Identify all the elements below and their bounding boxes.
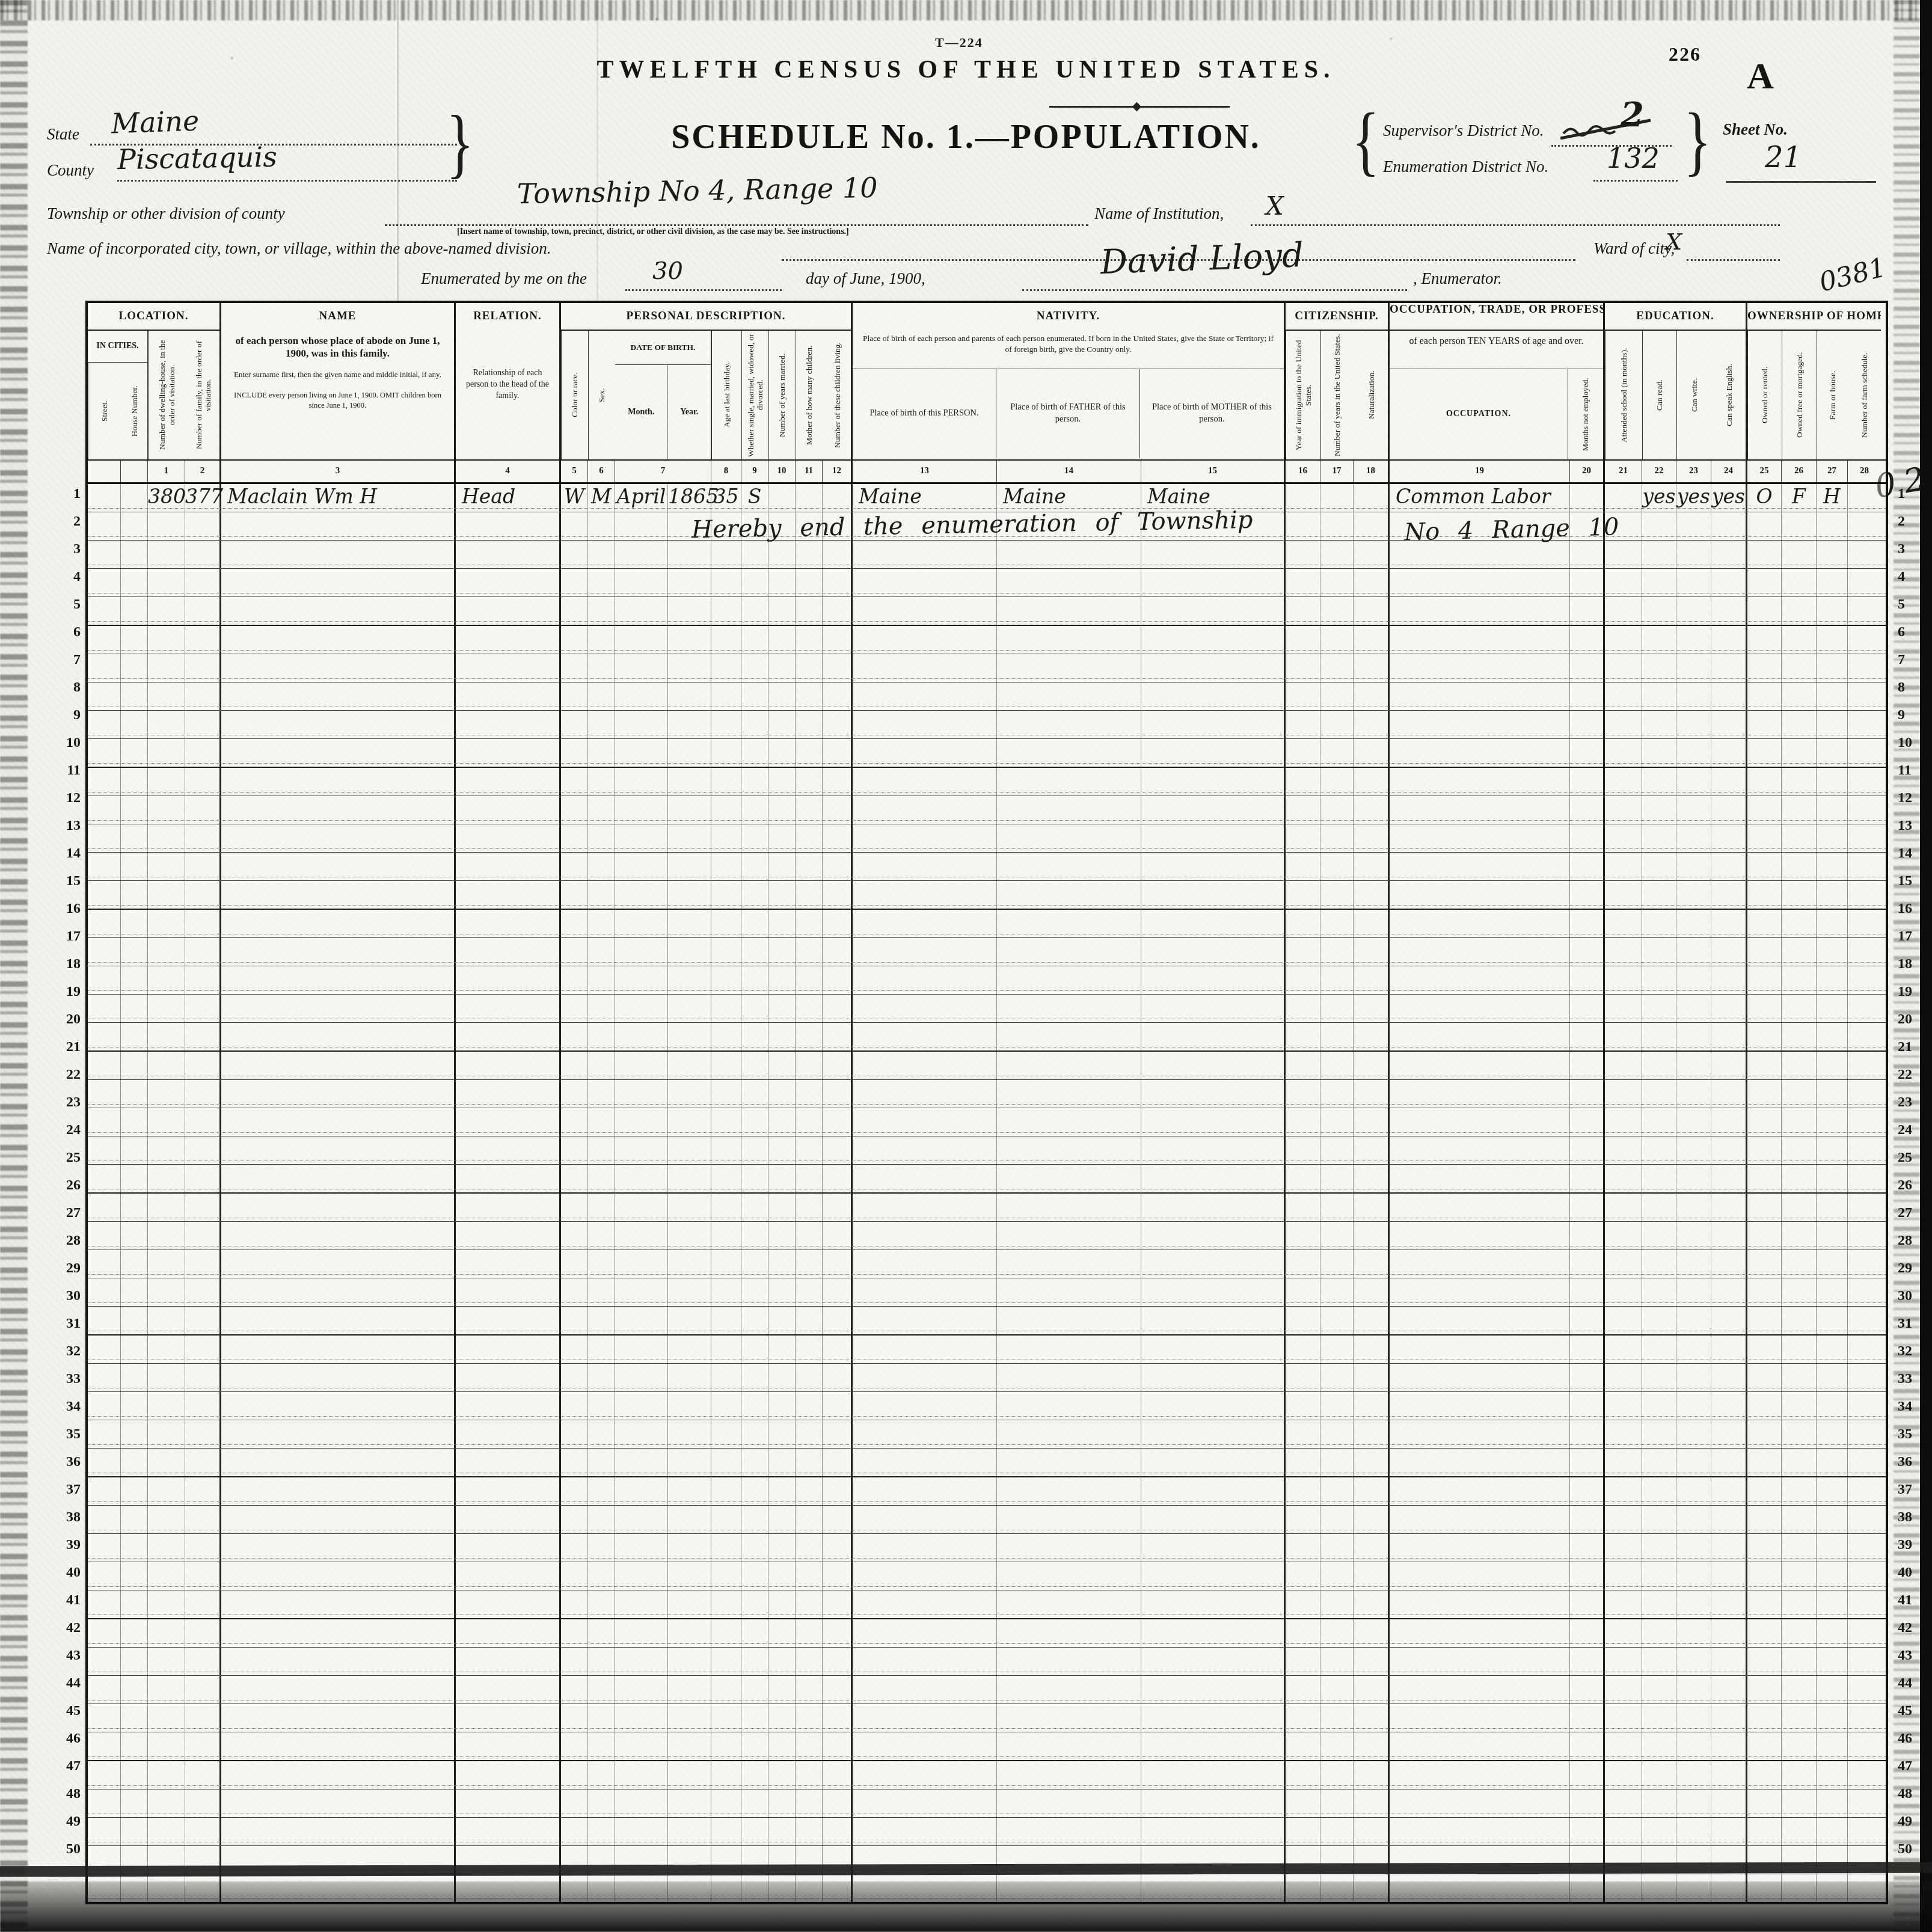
cell-home_farm <box>1817 938 1848 966</box>
cell-family <box>185 1165 221 1192</box>
cell-street <box>88 1789 121 1817</box>
row-number: 1 <box>1898 480 1932 508</box>
row-number: 9 <box>1898 701 1932 729</box>
cell-home_farm <box>1817 1732 1848 1760</box>
cell-children_living <box>823 1052 853 1079</box>
cell-pob <box>853 824 997 852</box>
cell-can_read <box>1642 853 1676 880</box>
cell-sex <box>588 824 615 852</box>
cell-home_farm: H <box>1817 484 1848 512</box>
cell-street <box>88 1761 121 1789</box>
cell-years_us <box>1320 1619 1354 1647</box>
cell-house <box>121 1364 148 1391</box>
cell-house <box>121 739 148 767</box>
cell-children_born <box>796 654 823 682</box>
column-number: 12 <box>823 461 853 482</box>
group-personal: PERSONAL DESCRIPTION. Color or race. Sex… <box>561 303 853 459</box>
cell-can_read <box>1642 1080 1676 1108</box>
cell-pob_mother <box>1141 1534 1286 1562</box>
cell-pob_father <box>997 1278 1141 1306</box>
cell-can_speak <box>1711 739 1747 767</box>
cell-can_read <box>1642 654 1676 682</box>
cell-home_farm <box>1817 1420 1848 1448</box>
cell-children_living <box>823 1477 853 1505</box>
cell-age <box>711 1449 741 1476</box>
cell-children_living <box>823 995 853 1022</box>
cell-home_farm <box>1817 881 1848 909</box>
cell-home_farm <box>1817 1052 1848 1079</box>
cell-family <box>185 1307 221 1334</box>
cell-street <box>88 966 121 994</box>
cell-birth_year <box>668 1506 711 1533</box>
cell-imm_year <box>1286 1619 1320 1647</box>
cell-home_owned <box>1747 853 1782 880</box>
cell-can_speak <box>1711 626 1747 654</box>
cell-home_owned <box>1747 541 1782 568</box>
cell-home_owned <box>1747 1307 1782 1334</box>
cell-family <box>185 1761 221 1789</box>
cell-home_farm <box>1817 1506 1848 1533</box>
cell-school <box>1605 1761 1642 1789</box>
cell-relation <box>456 1874 561 1902</box>
cell-children_born <box>796 1165 823 1192</box>
cell-school <box>1605 541 1642 568</box>
cell-home_owned <box>1747 881 1782 909</box>
cell-imm_year <box>1286 1307 1320 1334</box>
cell-house <box>121 1846 148 1874</box>
cell-relation <box>456 1704 561 1732</box>
cell-dwelling <box>148 1392 185 1420</box>
cell-years_married <box>768 1136 796 1164</box>
row-number: 2 <box>36 508 81 535</box>
cell-name <box>221 1080 456 1108</box>
cell-sex <box>588 1250 615 1278</box>
cell-relation <box>456 1761 561 1789</box>
row-number: 20 <box>36 1005 81 1033</box>
cell-occupation <box>1390 1846 1570 1874</box>
cell-age <box>711 1676 741 1704</box>
cell-children_born <box>796 1732 823 1760</box>
cell-home_free <box>1782 541 1817 568</box>
cell-pob <box>853 626 997 654</box>
cell-dwelling <box>148 569 185 596</box>
cell-marital <box>741 1364 768 1391</box>
cell-relation <box>456 1590 561 1618</box>
cell-children_living <box>823 1023 853 1050</box>
cell-home_owned <box>1747 938 1782 966</box>
cell-occupation <box>1390 1023 1570 1050</box>
table-row <box>88 938 1886 966</box>
cell-months_unemp <box>1570 1874 1605 1902</box>
cell-color <box>561 768 588 796</box>
cell-can_read <box>1642 1477 1676 1505</box>
cell-imm_year <box>1286 1278 1320 1306</box>
cell-pob_mother <box>1141 1108 1286 1136</box>
cell-years_us <box>1320 1278 1354 1306</box>
cell-age <box>711 1108 741 1136</box>
cell-can_read <box>1642 938 1676 966</box>
cell-can_write <box>1676 1392 1711 1420</box>
cell-dwelling <box>148 824 185 852</box>
cell-family <box>185 1136 221 1164</box>
cell-pob_father <box>997 1307 1141 1334</box>
row-number: 34 <box>36 1393 81 1420</box>
cell-name <box>221 1194 456 1221</box>
row-number: 8 <box>36 673 81 701</box>
cell-street <box>88 1818 121 1845</box>
cell-house <box>121 626 148 654</box>
cell-imm_year <box>1286 1023 1320 1050</box>
cell-school <box>1605 1420 1642 1448</box>
cell-marital <box>741 1704 768 1732</box>
row-number: 29 <box>1898 1254 1932 1282</box>
cell-children_born <box>796 910 823 937</box>
row-number: 29 <box>36 1254 81 1282</box>
cell-street <box>88 541 121 568</box>
cell-school <box>1605 1562 1642 1590</box>
cell-school <box>1605 1846 1642 1874</box>
cell-sex <box>588 1420 615 1448</box>
table-row <box>88 1562 1886 1590</box>
cell-birth_month <box>615 1761 668 1789</box>
cell-sex <box>588 853 615 880</box>
cell-pob <box>853 569 997 596</box>
cell-home_owned <box>1747 1108 1782 1136</box>
cell-dwelling <box>148 682 185 710</box>
cell-occupation <box>1390 1761 1570 1789</box>
cell-home_farm <box>1817 1449 1848 1476</box>
cell-occupation <box>1390 1052 1570 1079</box>
column-number: 18 <box>1354 461 1390 482</box>
cell-can_write <box>1676 1874 1711 1902</box>
cell-can_read <box>1642 1732 1676 1760</box>
cell-occupation <box>1390 1222 1570 1250</box>
cell-naturalization <box>1354 1874 1390 1902</box>
row-number: 42 <box>1898 1614 1932 1642</box>
cell-school <box>1605 1676 1642 1704</box>
table-row <box>88 995 1886 1023</box>
cell-home_farm <box>1817 1789 1848 1817</box>
cell-imm_year <box>1286 1562 1320 1590</box>
cell-imm_year <box>1286 739 1320 767</box>
cell-can_write: yes <box>1676 484 1711 512</box>
cell-school <box>1605 1194 1642 1221</box>
cell-can_speak <box>1711 569 1747 596</box>
row-number: 3 <box>36 535 81 563</box>
col12-label: Number of these children living. <box>823 331 853 459</box>
cell-birth_month <box>615 1648 668 1675</box>
cell-street <box>88 1732 121 1760</box>
ward-value: X <box>1666 228 1682 255</box>
cell-sex <box>588 966 615 994</box>
cell-color <box>561 1477 588 1505</box>
cell-can_read <box>1642 1590 1676 1618</box>
cell-pob_mother <box>1141 1052 1286 1079</box>
cell-imm_year <box>1286 654 1320 682</box>
cell-occupation <box>1390 910 1570 937</box>
cell-relation <box>456 1080 561 1108</box>
cell-sex <box>588 1165 615 1192</box>
cell-pob_father <box>997 768 1141 796</box>
cell-pob_mother <box>1141 1732 1286 1760</box>
cell-birth_year <box>668 1534 711 1562</box>
table-row <box>88 1449 1886 1477</box>
cell-can_speak <box>1711 1165 1747 1192</box>
cell-family <box>185 910 221 937</box>
township-line <box>385 224 1088 226</box>
cell-home_owned <box>1747 1477 1782 1505</box>
cell-pob_mother <box>1141 1136 1286 1164</box>
cell-family <box>185 682 221 710</box>
cell-pob_mother <box>1141 1165 1286 1192</box>
cell-home_free <box>1782 1052 1817 1079</box>
enumerated-day-line <box>625 289 782 291</box>
cell-pob <box>853 1846 997 1874</box>
cell-can_write <box>1676 1818 1711 1845</box>
cell-home_owned <box>1747 1506 1782 1533</box>
cell-home_owned <box>1747 1818 1782 1845</box>
cell-home_owned <box>1747 1619 1782 1647</box>
table-row <box>88 1052 1886 1080</box>
cell-can_speak <box>1711 1364 1747 1391</box>
cell-can_write <box>1676 1080 1711 1108</box>
cell-birth_month: April <box>615 484 668 512</box>
cell-can_read <box>1642 597 1676 625</box>
table-row <box>88 1732 1886 1761</box>
cell-home_free <box>1782 966 1817 994</box>
cell-children_living <box>823 1874 853 1902</box>
cell-years_married <box>768 1165 796 1192</box>
cell-can_speak <box>1711 1477 1747 1505</box>
col13-label: Place of birth of this PERSON. <box>853 369 996 458</box>
table-row <box>88 910 1886 938</box>
cell-dwelling <box>148 654 185 682</box>
cell-can_read <box>1642 1307 1676 1334</box>
cell-years_married <box>768 654 796 682</box>
row-number: 43 <box>1898 1642 1932 1669</box>
table-row <box>88 796 1886 824</box>
cell-pob_mother <box>1141 739 1286 767</box>
cell-home_owned <box>1747 682 1782 710</box>
cell-school <box>1605 626 1642 654</box>
cell-sex <box>588 1136 615 1164</box>
cell-birth_month <box>615 569 668 596</box>
cell-birth_year <box>668 1704 711 1732</box>
cell-years_us <box>1320 881 1354 909</box>
cell-years_married <box>768 1704 796 1732</box>
cell-birth_month <box>615 1420 668 1448</box>
cell-name <box>221 654 456 682</box>
cell-relation <box>456 1534 561 1562</box>
cell-birth_month <box>615 1590 668 1618</box>
cell-naturalization <box>1354 796 1390 824</box>
name-desc1: of each person whose place of abode on J… <box>227 334 448 360</box>
cell-color <box>561 995 588 1022</box>
cell-pob <box>853 1307 997 1334</box>
cell-home_farm <box>1817 1336 1848 1363</box>
cell-sex <box>588 995 615 1022</box>
cell-home_free <box>1782 1165 1817 1192</box>
cell-street <box>88 881 121 909</box>
cell-house <box>121 824 148 852</box>
cell-farm_sched <box>1848 1506 1881 1533</box>
cell-color <box>561 626 588 654</box>
cell-birth_year <box>668 1648 711 1675</box>
cell-birth_year <box>668 1307 711 1334</box>
cell-color <box>561 1562 588 1590</box>
supervisor-district-value: 2 <box>1621 95 1644 135</box>
cell-home_owned <box>1747 966 1782 994</box>
cell-sex <box>588 541 615 568</box>
cell-relation <box>456 1250 561 1278</box>
cell-children_living <box>823 1506 853 1533</box>
column-number: 9 <box>741 461 768 482</box>
cell-marital <box>741 1818 768 1845</box>
cell-years_us <box>1320 1080 1354 1108</box>
cell-name <box>221 881 456 909</box>
row-number: 50 <box>1898 1835 1932 1863</box>
cell-farm_sched <box>1848 1704 1881 1732</box>
cell-house <box>121 995 148 1022</box>
cell-birth_year <box>668 1846 711 1874</box>
cell-naturalization <box>1354 1818 1390 1845</box>
cell-children_born <box>796 1761 823 1789</box>
cell-home_free <box>1782 768 1817 796</box>
cell-home_farm <box>1817 1364 1848 1391</box>
cell-years_married <box>768 824 796 852</box>
cell-pob <box>853 1818 997 1845</box>
cell-imm_year <box>1286 995 1320 1022</box>
cell-birth_month <box>615 881 668 909</box>
cell-children_born <box>796 938 823 966</box>
cell-can_write <box>1676 1846 1711 1874</box>
column-number: 3 <box>221 461 456 482</box>
cell-relation <box>456 796 561 824</box>
enumeration-district-label: Enumeration District No. <box>1383 158 1548 176</box>
cell-color <box>561 1364 588 1391</box>
cell-pob_father <box>997 682 1141 710</box>
cell-dwelling <box>148 966 185 994</box>
cell-can_write <box>1676 1534 1711 1562</box>
cell-children_born <box>796 541 823 568</box>
cell-can_read <box>1642 1222 1676 1250</box>
cell-marital <box>741 1761 768 1789</box>
cell-marital <box>741 768 768 796</box>
cell-color <box>561 1080 588 1108</box>
cell-home_free: F <box>1782 484 1817 512</box>
cell-street <box>88 1704 121 1732</box>
row-number: 6 <box>1898 618 1932 646</box>
cell-children_born <box>796 1080 823 1108</box>
location-title: LOCATION. <box>88 303 219 331</box>
cell-marital <box>741 569 768 596</box>
cell-can_write <box>1676 1136 1711 1164</box>
cell-children_living <box>823 1392 853 1420</box>
cell-home_farm <box>1817 853 1848 880</box>
cell-children_born <box>796 1676 823 1704</box>
row-numbers-right: 1234567891011121314151617181920212223242… <box>1892 480 1932 1863</box>
cell-home_owned <box>1747 1392 1782 1420</box>
row-number: 36 <box>1898 1448 1932 1476</box>
cell-occupation <box>1390 1477 1570 1505</box>
cell-naturalization <box>1354 1846 1390 1874</box>
cell-color <box>561 1336 588 1363</box>
cell-sex <box>588 1761 615 1789</box>
cell-relation <box>456 1619 561 1647</box>
cell-pob_mother <box>1141 1420 1286 1448</box>
col1-label: Number of dwelling-house, in the order o… <box>148 331 185 459</box>
cell-dwelling <box>148 1789 185 1817</box>
cell-relation <box>456 1477 561 1505</box>
cell-school <box>1605 910 1642 937</box>
cell-age <box>711 1136 741 1164</box>
cell-can_write <box>1676 1278 1711 1306</box>
cell-pob_father <box>997 1222 1141 1250</box>
table-row <box>88 1364 1886 1392</box>
cell-home_farm <box>1817 1194 1848 1221</box>
cell-can_write <box>1676 1704 1711 1732</box>
cell-marital <box>741 1477 768 1505</box>
cell-children_living <box>823 1250 853 1278</box>
cell-can_write <box>1676 541 1711 568</box>
col8-label: Age at last birthday. <box>711 331 741 459</box>
cell-street <box>88 995 121 1022</box>
cell-months_unemp <box>1570 1250 1605 1278</box>
cell-birth_year <box>668 1364 711 1391</box>
cell-years_married <box>768 1648 796 1675</box>
cell-can_speak <box>1711 682 1747 710</box>
cell-relation <box>456 1222 561 1250</box>
cell-home_owned <box>1747 824 1782 852</box>
cell-home_owned <box>1747 768 1782 796</box>
cell-imm_year <box>1286 1194 1320 1221</box>
cell-years_married <box>768 1874 796 1902</box>
cell-marital <box>741 910 768 937</box>
cell-years_us <box>1320 1420 1354 1448</box>
column-number: 13 <box>853 461 997 482</box>
cell-school <box>1605 995 1642 1022</box>
column-number: 23 <box>1676 461 1711 482</box>
cell-dwelling <box>148 512 185 540</box>
cell-can_read <box>1642 1108 1676 1136</box>
cell-occupation <box>1390 1420 1570 1448</box>
table-row <box>88 1165 1886 1194</box>
cell-can_read <box>1642 910 1676 937</box>
table-row <box>88 881 1886 910</box>
district-open-brace: { <box>1352 96 1379 186</box>
cell-pob <box>853 597 997 625</box>
cell-can_read <box>1642 1278 1676 1306</box>
cell-birth_month <box>615 682 668 710</box>
cell-can_speak <box>1711 1194 1747 1221</box>
cell-age <box>711 1222 741 1250</box>
cell-farm_sched <box>1848 1477 1881 1505</box>
cell-farm_sched <box>1848 682 1881 710</box>
cell-months_unemp <box>1570 1562 1605 1590</box>
cell-birth_month <box>615 1165 668 1192</box>
cell-can_write <box>1676 1732 1711 1760</box>
cell-years_married <box>768 1789 796 1817</box>
ownership-title: OWNERSHIP OF HOME. <box>1747 303 1881 331</box>
title-divider <box>1049 106 1230 108</box>
row-number: 37 <box>36 1476 81 1503</box>
cell-age <box>711 1052 741 1079</box>
row-number: 33 <box>1898 1365 1932 1393</box>
cell-can_read <box>1642 541 1676 568</box>
cell-birth_year <box>668 1165 711 1192</box>
left-brace: } <box>446 98 474 188</box>
cell-sex <box>588 1222 615 1250</box>
